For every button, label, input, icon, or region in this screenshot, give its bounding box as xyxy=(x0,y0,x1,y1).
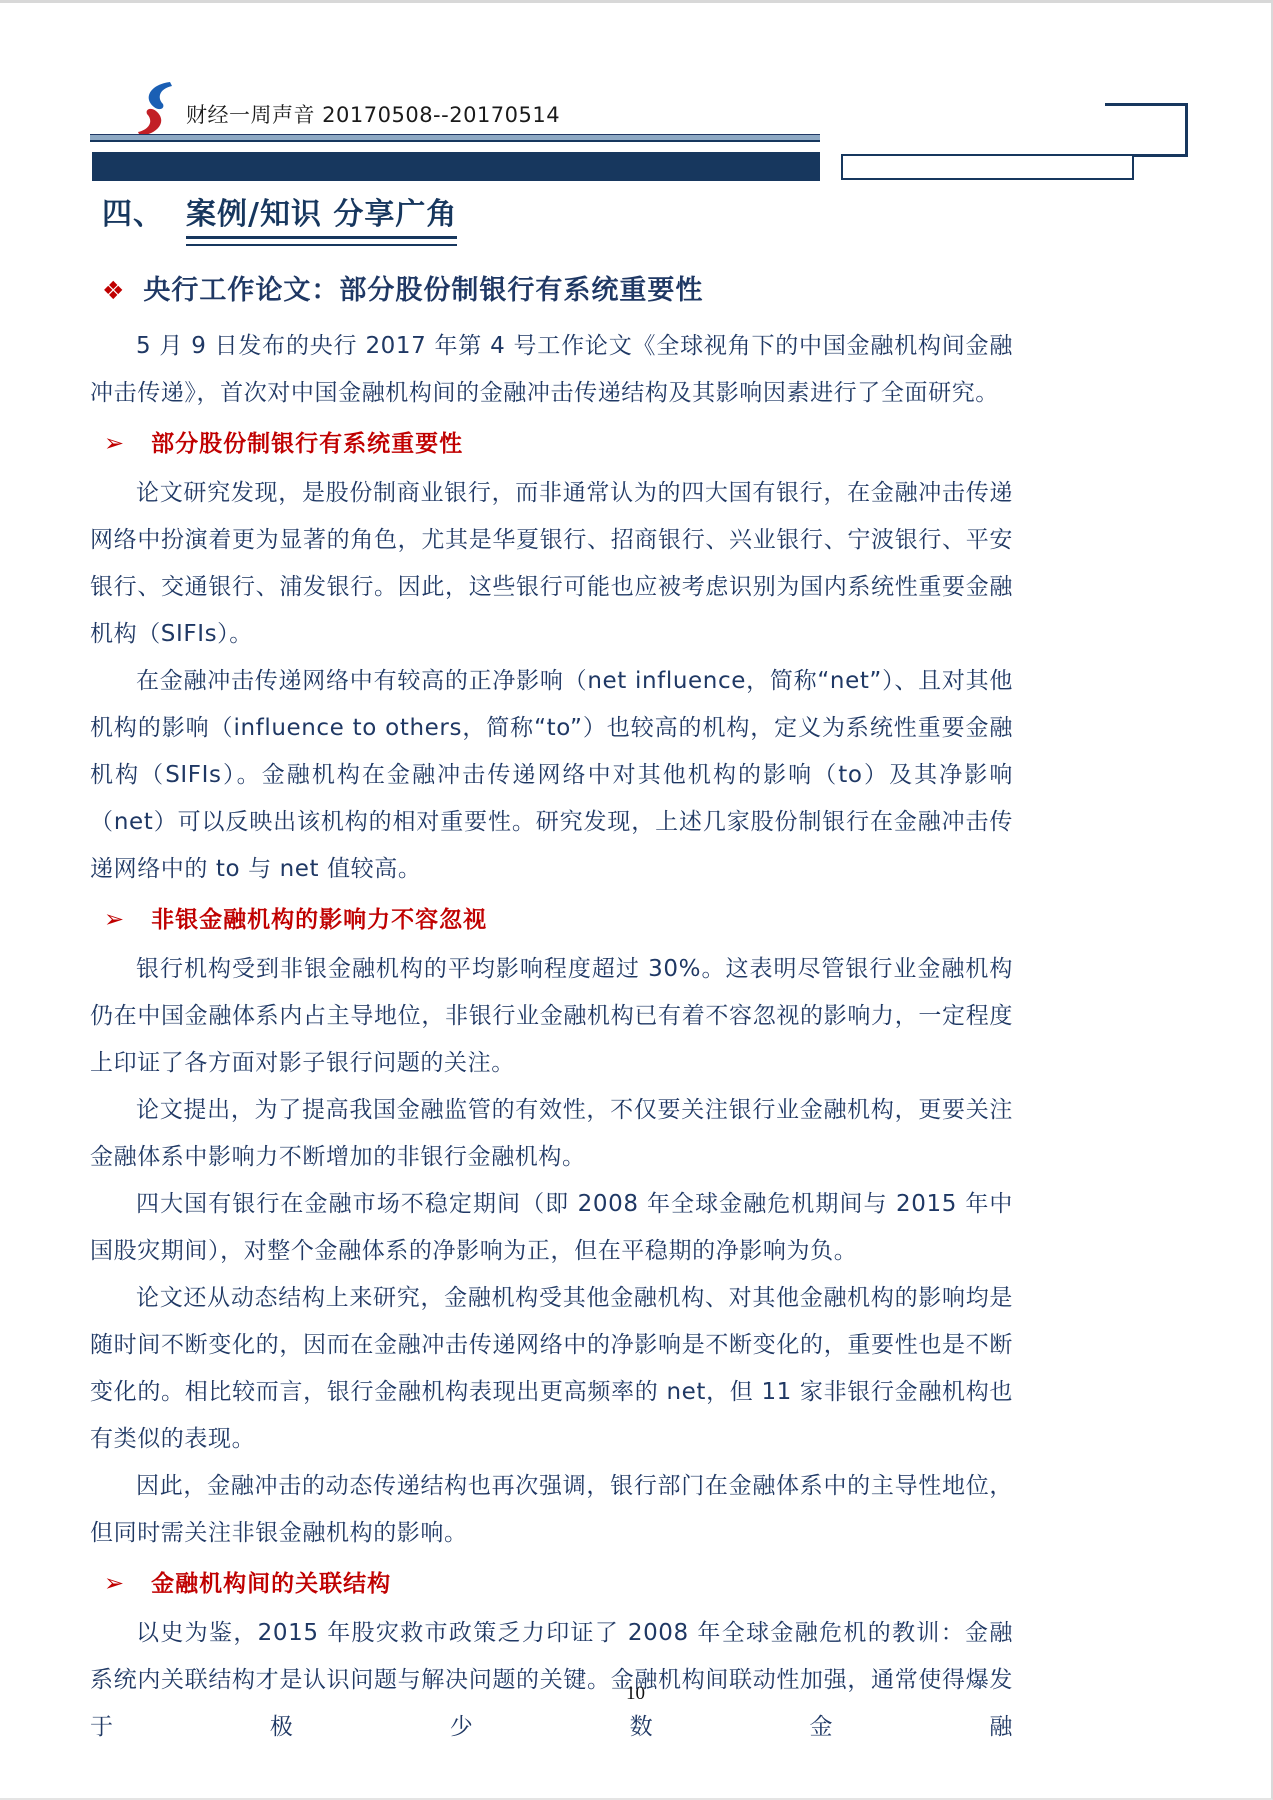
arrow-bullet-icon: ➢ xyxy=(104,429,125,457)
empty-textbox-wide xyxy=(841,154,1134,180)
article-title: ❖央行工作论文：部分股份制银行有系统重要性 xyxy=(102,268,1013,307)
body-paragraph: 5 月 9 日发布的央行 2017 年第 4 号工作论文《全球视角下的中国金融机… xyxy=(90,323,1013,417)
section-number: 四、 xyxy=(102,197,164,232)
body-paragraph: 论文研究发现，是股份制商业银行，而非通常认为的四大国有银行，在金融冲击传递网络中… xyxy=(90,470,1013,658)
body-paragraph: 银行机构受到非银金融机构的平均影响程度超过 30%。这表明尽管银行业金融机构仍在… xyxy=(90,946,1013,1087)
header-separator xyxy=(90,134,820,142)
company-logo-icon xyxy=(133,81,177,137)
subheading-text: 部分股份制银行有系统重要性 xyxy=(151,431,463,457)
section-title: 案例/知识 分享广角 xyxy=(186,189,457,239)
body-paragraph: 四大国有银行在金融市场不稳定期间（即 2008 年全球金融危机期间与 2015 … xyxy=(90,1181,1013,1275)
subheading-text: 金融机构间的关联结构 xyxy=(151,1571,391,1597)
page-number: 10 xyxy=(0,1683,1271,1705)
empty-textbox-top xyxy=(1105,103,1188,157)
body-paragraph: 论文提出，为了提高我国金融监管的有效性，不仅要关注银行业金融机构，更要关注金融体… xyxy=(90,1087,1013,1181)
body-paragraph: 因此，金融冲击的动态传递结构也再次强调，银行部门在金融体系中的主导性地位，但同时… xyxy=(90,1463,1013,1557)
navy-title-bar xyxy=(92,152,820,181)
red-subheading: ➢金融机构间的关联结构 xyxy=(104,1564,1013,1603)
document-page: 财经一周声音 20170508--20170514 四、案例/知识 分享广角 ❖… xyxy=(0,0,1273,1800)
red-subheading: ➢部分股份制银行有系统重要性 xyxy=(104,424,1013,463)
article-body: 四、案例/知识 分享广角 ❖央行工作论文：部分股份制银行有系统重要性 5 月 9… xyxy=(90,189,1013,1751)
subheading-text: 非银金融机构的影响力不容忽视 xyxy=(151,907,487,933)
diamond-bullet-icon: ❖ xyxy=(102,276,125,305)
section-heading: 四、案例/知识 分享广角 xyxy=(102,189,1013,246)
paragraph-list: 5 月 9 日发布的央行 2017 年第 4 号工作论文《全球视角下的中国金融机… xyxy=(90,323,1013,1751)
body-paragraph: 在金融冲击传递网络中有较高的正净影响（net influence，简称“net”… xyxy=(90,658,1013,893)
body-paragraph: 论文还从动态结构上来研究，金融机构受其他金融机构、对其他金融机构的影响均是随时间… xyxy=(90,1275,1013,1463)
arrow-bullet-icon: ➢ xyxy=(104,1569,125,1597)
article-title-text: 央行工作论文：部分股份制银行有系统重要性 xyxy=(143,275,703,306)
report-title: 财经一周声音 20170508--20170514 xyxy=(186,99,560,129)
body-paragraph: 以史为鉴，2015 年股灾救市政策乏力印证了 2008 年全球金融危机的教训：金… xyxy=(90,1610,1013,1751)
red-subheading: ➢非银金融机构的影响力不容忽视 xyxy=(104,900,1013,939)
arrow-bullet-icon: ➢ xyxy=(104,905,125,933)
